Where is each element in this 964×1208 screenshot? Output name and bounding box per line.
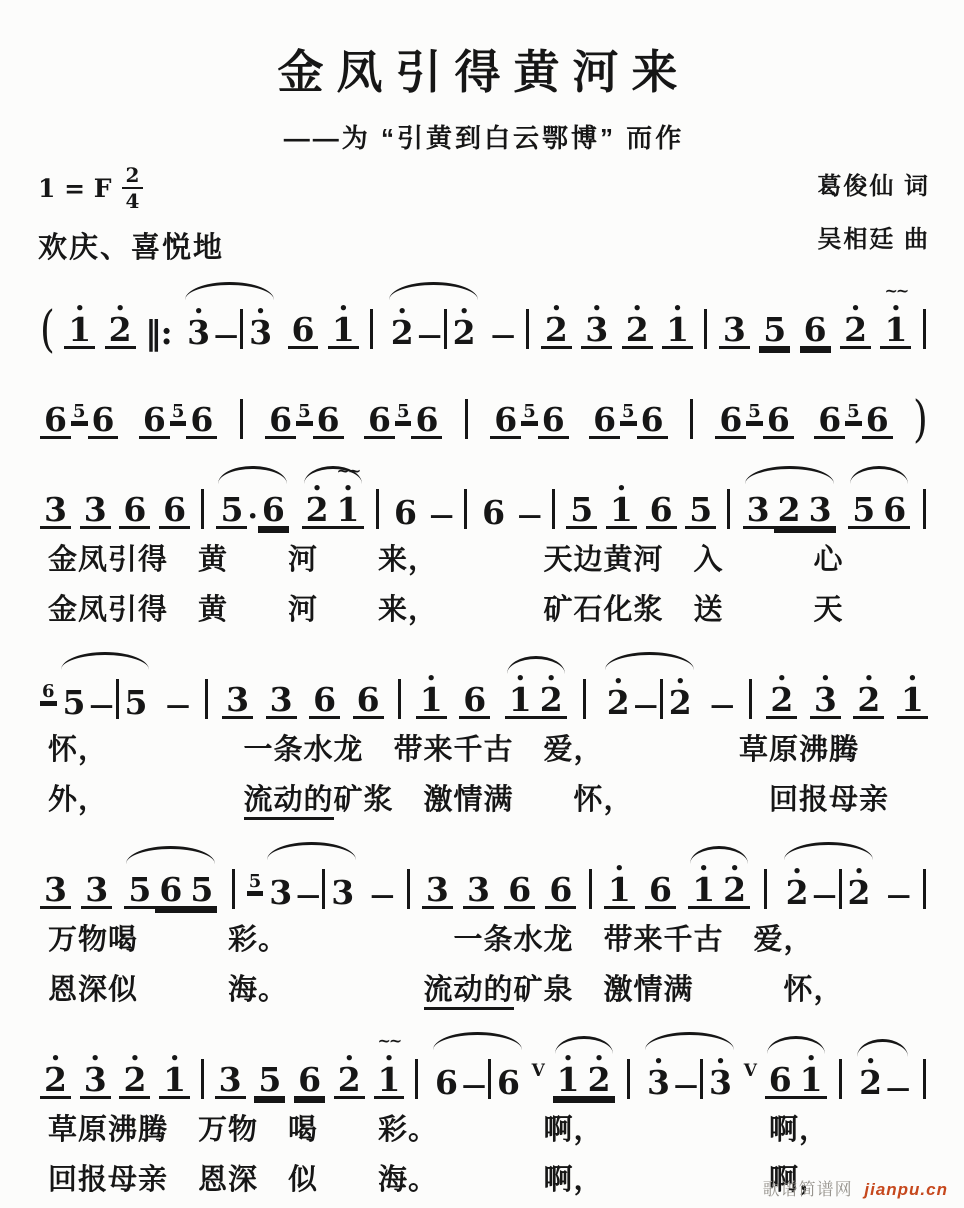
dash-extension: — [674,1073,698,1097]
note-digit: 6 [538,403,569,439]
note: 6 [159,493,190,529]
note-digit: 5 [848,493,879,529]
octave-dot-above: • [782,864,813,879]
slur-group: 6•1 [763,1063,829,1099]
note: •3 [183,316,214,349]
lyric-segment: 金凤引得 黄 河 来， 矿石化浆 送 天 [48,594,844,626]
barline [488,1059,491,1099]
note: •2 [119,1063,150,1099]
note: •2 [584,1063,615,1099]
paren: ( [40,304,55,353]
octave-dot-above: • [855,1054,886,1069]
note-digit: 6 [589,403,620,439]
note-digit: 6 [545,873,576,909]
note-digit: 2 [782,876,813,909]
time-signature: 2 4 [122,165,144,211]
note-digit: 5 [566,493,597,529]
dash-extension: — [418,323,442,347]
note: 2 [774,493,805,529]
lyric-segment: 草原沸腾 万物 喝 彩。 啊， 啊， [48,1114,829,1146]
barline [465,399,468,439]
lyric-segment: 万物喝 彩。 一条水龙 带来千古 爱， [48,924,814,956]
note-digit: 2 [855,1066,886,1099]
note: •3 [810,683,841,719]
score-line-verse-2: 65—5—3366•16•1•2•2—•2—•2•3•2•1 [38,637,930,727]
subtitle: ——为 “引黄到白云鄂博” 而作 [38,118,930,155]
note-digit: 3 [581,313,612,349]
note-digit: 6 [411,403,442,439]
slur-group: 6—6 [429,1059,526,1099]
note-digit: 2 [665,686,696,719]
barline [764,869,767,909]
dash-extension: — [166,693,190,717]
lyric-segment: 外， [48,784,244,816]
paren: ) [913,394,928,443]
lyric-underlined-segment: 流动的 [424,974,514,1010]
note-digit: 2 [105,313,136,349]
note-digit: 1 [688,873,719,909]
tempo-marking: 欢庆、喜悦地 [38,225,224,266]
dash-extension: — [90,693,114,717]
grace-note: 5 [170,403,187,423]
note: 6 [589,403,620,439]
note-digit: 1 [159,1063,190,1099]
breath-mark: V [532,1063,545,1080]
note-digit: 6 [288,313,319,349]
note-digit: 1 [796,1063,827,1099]
note: 5 [566,493,597,529]
note: 6 [186,403,217,439]
note: 3 [463,873,494,909]
note: •2 [766,683,797,719]
note-digit: 6 [364,403,395,439]
note-digit: 5 [247,873,264,893]
lyric-segment: 恩深似 海。 [48,974,424,1006]
lyric-underlined-segment: 流动的 [244,784,334,820]
grace-note: 5 [247,873,264,893]
note-digit: 6 [800,313,831,349]
note-group: 656 [40,403,118,439]
lyric-segment: 怀， 一条水龙 带来千古 爱， 草原沸腾 [48,734,859,766]
note: 5 [254,1063,285,1099]
barline [407,869,410,909]
note-digit: 6 [40,403,71,439]
note: 3 [719,313,750,349]
slur-group: 565 [122,873,219,909]
dash-extension: — [214,323,238,347]
octave-dot-above: • [159,1051,190,1066]
barline [923,489,926,529]
score-line-verse-1: 33665·6•2•~~16—6—5•16532356 [38,447,930,537]
note: •1 [553,1063,584,1099]
note: 3 [215,1063,246,1099]
note-digit: 6 [186,403,217,439]
note-digit: 5 [521,403,538,423]
lyric-segment: 回报母亲 恩深 似 海。 啊， 啊， [48,1164,829,1196]
octave-dot-above: • [604,861,635,876]
octave-dot-above: • [245,304,276,319]
note: •1 [416,683,447,719]
note-group: 65—5 [40,679,153,719]
note-digit: 6 [645,873,676,909]
barline [749,679,752,719]
grace-note: 5 [845,403,862,423]
note-digit: 1 [553,1063,584,1099]
note: •3 [80,1063,111,1099]
barline [116,679,119,719]
grace-note: 5 [296,403,313,423]
note: 6 [431,1066,462,1099]
note-digit: 3 [810,683,841,719]
note: 6 [265,403,296,439]
note: 6 [862,403,893,439]
score-line-intro-2: 656656656656656656656656) [38,357,930,447]
note-digit: 3 [266,683,297,719]
note: 5 [759,313,790,349]
note: •1 [159,1063,190,1099]
barline [700,1059,703,1099]
note-group: 656 [589,403,667,439]
dash-extension: — [710,693,734,717]
trill-ornament-icon: ~~ [378,1033,401,1049]
key-signature: 1 = F [38,174,112,203]
time-signature-denominator: 4 [122,189,144,211]
lyric-row-4: 外， 流动的矿浆 激情满 怀， 回报母亲 [38,777,930,818]
barline [201,489,204,529]
note-digit: 5 [759,313,790,349]
note-digit: 6 [637,403,668,439]
slur-group: •1•2 [503,683,569,719]
note-digit: 5 [216,493,247,529]
octave-dot-above: • [374,1051,405,1066]
note-digit: 5 [395,403,412,423]
breath-mark: V [744,1063,757,1080]
octave-dot-above: • [505,671,536,686]
note: 3 [743,493,774,529]
dash-extension: — [634,693,658,717]
note: •1 [897,683,928,719]
note-digit: 3 [805,493,836,529]
dash-extension: — [462,1073,486,1097]
slur-group: 5·6 [214,493,290,529]
barline [240,399,243,439]
score-line-verse-3: 3356553—3—3366•16•1•2•2—•2— [38,827,930,917]
note-digit: 3 [705,1066,736,1099]
note-digit: 3 [80,1063,111,1099]
note-digit: 6 [504,873,535,909]
lyric-row-7: 草原沸腾 万物 喝 彩。 啊， 啊， [38,1107,930,1148]
note: •2 [840,313,871,349]
note-digit: 3 [40,873,71,909]
note-digit: 6 [155,873,186,909]
note-digit: 3 [422,873,453,909]
barline [923,869,926,909]
note-digit: 5 [254,1063,285,1099]
note-digit: 5 [170,403,187,423]
octave-dot-above: • [553,1051,584,1066]
time-signature-numerator: 2 [122,165,144,189]
note-digit: 6 [459,683,490,719]
grace-note: 5 [395,403,412,423]
note-digit: 6 [119,493,150,529]
octave-dot-above: • [333,481,364,496]
slur-group: •2—•2 [780,869,877,909]
dash-extension: — [370,883,394,907]
note: 6 [258,493,289,529]
note-digit: 1 [505,683,536,719]
lyric-row-6: 恩深似 海。 流动的矿泉 激情满 怀， [38,967,930,1008]
grace-note: 5 [746,403,763,423]
note: 3 [805,493,836,529]
slur-group: 323 [741,493,838,529]
note-digit: 6 [765,1063,796,1099]
note-digit: 5 [845,403,862,423]
note: 3 [40,493,71,529]
octave-dot-above: • [581,301,612,316]
note: 3 [80,493,111,529]
lyricist-credit: 葛俊仙 词 [817,161,930,214]
note-digit: 2 [774,493,805,529]
octave-dot-above: • [840,301,871,316]
note-digit: 1 [328,313,359,349]
barline [526,309,529,349]
octave-dot-above: • [603,674,634,689]
note-digit: 1 [64,313,95,349]
note: 6 [155,873,186,909]
barline [322,869,325,909]
note: •2 [603,686,634,719]
slur-group: •2•~~1 [300,493,366,529]
note-digit: 3 [80,493,111,529]
note: 5 [685,493,716,529]
note-digit: 2 [584,1063,615,1099]
octave-dot-above: • [643,1054,674,1069]
note: •1 [604,873,635,909]
note: •3 [581,313,612,349]
barline [589,869,592,909]
note: •2 [40,1063,71,1099]
barline [923,1059,926,1099]
note-digit: 2 [40,1063,71,1099]
octave-dot-above: • [810,671,841,686]
note: 6 [288,313,319,349]
note-digit: 2 [766,683,797,719]
watermark-site-name: 歌谱简谱网 [763,1180,853,1199]
note-digit: 1 [606,493,637,529]
octave-dot-above: • [665,674,696,689]
note: 6 [119,493,150,529]
note-group: 656 [265,403,343,439]
note-digit: 6 [493,1066,524,1099]
lyric-row-2: 金凤引得 黄 河 来， 矿石化浆 送 天 [38,587,930,628]
barline [704,309,707,349]
octave-dot-above: • [853,671,884,686]
octave-dot-above: • [719,861,750,876]
barline [201,1059,204,1099]
note-digit: 2 [334,1063,365,1099]
octave-dot-above: • [897,671,928,686]
barline [464,489,467,529]
note-digit: 5 [121,686,152,719]
note-digit: 6 [88,403,119,439]
note: 6 [800,313,831,349]
octave-dot-above: • [880,301,911,316]
note-digit: 3 [463,873,494,909]
note-digit: 6 [390,496,421,529]
slur-group: •2—•2 [385,309,482,349]
octave-dot-above: • [622,301,653,316]
note: 6 [765,1063,796,1099]
note: •2 [855,1066,886,1099]
note: •1 [505,683,536,719]
note: •~~1 [880,313,911,349]
slur-group: •2— [853,1066,912,1099]
note-digit: 3 [743,493,774,529]
note-digit: 3 [327,876,358,909]
note: 3 [327,876,358,909]
key-time-signature: 1 = F 2 4 [38,165,224,211]
note: •2 [622,313,653,349]
note: •2 [665,686,696,719]
octave-dot-above: • [387,304,418,319]
note: •~~1 [333,493,364,529]
slur-group: •1•2 [551,1063,617,1099]
meta-row: 1 = F 2 4 欢庆、喜悦地 葛俊仙 词 吴相廷 曲 [38,157,930,267]
lyric-row-1: 金凤引得 黄 河 来， 天边黄河 入 心 [38,537,930,578]
note-digit: 2 [719,873,750,909]
slur-group: •2—•2 [601,679,698,719]
note: •2 [536,683,567,719]
note-group: 656 [715,403,793,439]
barline [376,489,379,529]
note-digit: 2 [840,313,871,349]
note: 5 [848,493,879,529]
lyric-row-5: 万物喝 彩。 一条水龙 带来千古 爱， [38,917,930,958]
note-digit: 2 [603,686,634,719]
note: •2 [105,313,136,349]
note: •3 [643,1066,674,1099]
octave-dot-above: • [796,1051,827,1066]
note: 5 [216,493,247,529]
note: 6 [309,683,340,719]
slur-group: •3—•3 [181,309,278,349]
note: 6 [763,403,794,439]
note: 5 [124,873,155,909]
note-digit: 3 [643,1066,674,1099]
note-digit: 6 [294,1063,325,1099]
barline [923,309,926,349]
note-digit: 3 [40,493,71,529]
note: 6 [459,683,490,719]
note: 6 [313,403,344,439]
note: •1 [606,493,637,529]
octave-dot-above: • [688,861,719,876]
score-line-intro-1: (•1•2‖:•3—•36•1•2—•2—•2•3•2•1356•2•~~1 [38,267,930,357]
note-digit: 2 [844,876,875,909]
note: 6 [490,403,521,439]
page-title: 金凤引得黄河来 [38,36,930,102]
note: •2 [844,876,875,909]
slur-group: •3—•3 [641,1059,738,1099]
barline [205,679,208,719]
note: 6 [390,496,421,529]
octave-dot-above: • [80,1051,111,1066]
note-digit: 6 [814,403,845,439]
grace-note: 5 [620,403,637,423]
note-digit: 6 [879,493,910,529]
note-group: 656 [139,403,217,439]
note-group: 656 [490,403,568,439]
note: •2 [853,683,884,719]
note: •3 [245,316,276,349]
note: 6 [353,683,384,719]
note: •1 [328,313,359,349]
note-digit: 3 [215,1063,246,1099]
note-digit: 6 [353,683,384,719]
note: 3 [422,873,453,909]
composer-credit: 吴相廷 曲 [817,214,930,267]
dash-extension: — [886,1076,910,1100]
note: 6 [538,403,569,439]
note: 6 [493,1066,524,1099]
dash-extension: — [296,883,320,907]
octave-dot-above: • [302,481,333,496]
octave-dot-above: • [662,301,693,316]
octave-dot-above: • [705,1054,736,1069]
lyric-segment: 金凤引得 黄 河 来， 天边黄河 入 心 [48,544,844,576]
note-digit: 5 [685,493,716,529]
note: 3 [222,683,253,719]
note-digit: 2 [119,1063,150,1099]
note-digit: 6 [313,403,344,439]
note-group: 53—3 [247,869,360,909]
octave-dot-above: • [449,304,480,319]
note: 6 [645,873,676,909]
note-digit: 1 [604,873,635,909]
octave-dot-above: • [64,301,95,316]
octave-dot-above: • [328,301,359,316]
note: •1 [796,1063,827,1099]
octave-dot-above: • [183,304,214,319]
note: 6 [545,873,576,909]
note: 5 [121,686,152,719]
dash-extension: — [518,503,542,527]
note: •1 [64,313,95,349]
note-digit: 3 [245,316,276,349]
note-digit: 3 [183,316,214,349]
note-digit: 2 [622,313,653,349]
note-digit: 1 [333,493,364,529]
note-digit: 6 [490,403,521,439]
dash-extension: — [430,503,454,527]
note: •~~1 [374,1063,405,1099]
note-digit: 6 [258,493,289,529]
note-digit: 2 [302,493,333,529]
note-digit: 6 [431,1066,462,1099]
octave-dot-above: • [536,671,567,686]
barline [398,679,401,719]
note-digit: 5 [59,686,90,719]
octave-dot-above: • [584,1051,615,1066]
note-digit: 2 [541,313,572,349]
slur-group: 3—3 [263,869,360,909]
barline [370,309,373,349]
augmentation-dot: · [247,502,257,532]
note: •2 [541,313,572,349]
note-digit: 6 [763,403,794,439]
note: •3 [705,1066,736,1099]
note: •2 [334,1063,365,1099]
